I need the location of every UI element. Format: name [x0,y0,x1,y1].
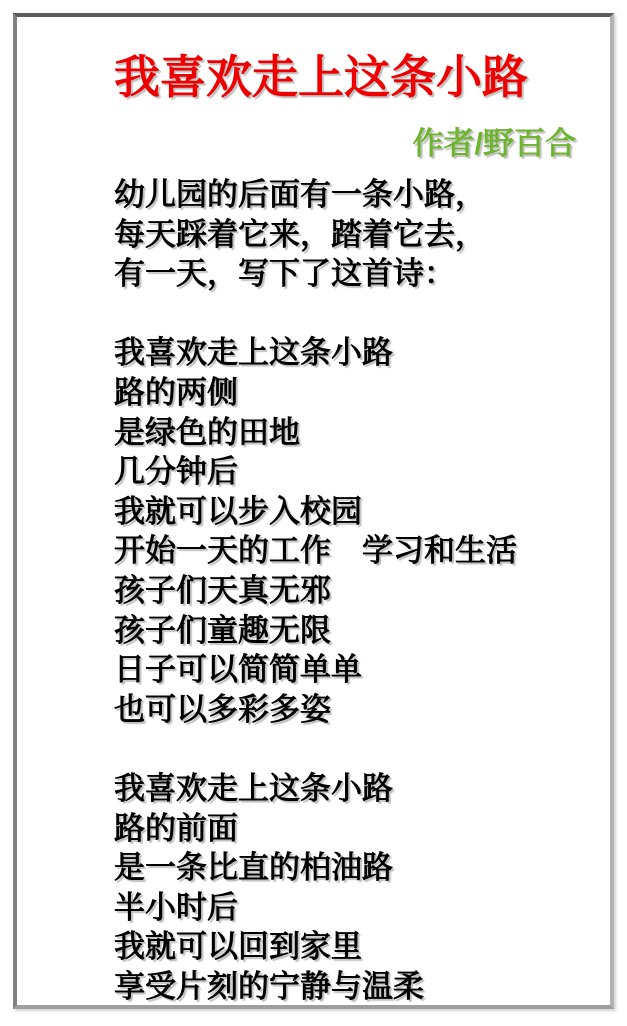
poem-line: 享受片刻的宁静与温柔 [114,967,580,1007]
poem-line: 孩子们天真无邪 [114,571,580,611]
stanza-2-block: 我喜欢走上这条小路 路的前面 是一条比直的柏油路 半小时后 我就可以回到家里 享… [114,769,580,1007]
stanza-1-block: 我喜欢走上这条小路 路的两侧 是绿色的田地 几分钟后 我就可以步入校园 开始一天… [114,333,580,729]
poem-author: 作者/野百合 [114,127,580,161]
poem-line: 开始一天的工作 学习和生活 [114,531,580,571]
poem-line: 是绿色的田地 [114,413,580,453]
poem-line: 路的前面 [114,809,580,849]
poem-line: 是一条比直的柏油路 [114,848,580,888]
poem-line: 路的两侧 [114,373,580,413]
poem-line: 幼儿园的后面有一条小路， [114,175,580,215]
poem-line: 几分钟后 [114,452,580,492]
poem-line: 我就可以回到家里 [114,927,580,967]
poem-title: 我喜欢走上这条小路 [114,53,580,101]
poem-line: 我就可以步入校园 [114,492,580,532]
poem-body: 幼儿园的后面有一条小路， 每天踩着它来，踏着它去， 有一天，写下了这首诗： 我喜… [114,175,580,1006]
poem-line: 日子可以简简单单 [114,650,580,690]
slide-content: 我喜欢走上这条小路 作者/野百合 幼儿园的后面有一条小路， 每天踩着它来，踏着它… [17,17,610,1005]
poem-line: 半小时后 [114,888,580,928]
poem-line: 也可以多彩多姿 [114,690,580,730]
poem-line: 每天踩着它来，踏着它去， [114,215,580,255]
poem-line: 我喜欢走上这条小路 [114,769,580,809]
poem-line: 孩子们童趣无限 [114,611,580,651]
slide-frame: 我喜欢走上这条小路 作者/野百合 幼儿园的后面有一条小路， 每天踩着它来，踏着它… [13,13,614,1009]
slide-page: { "colors": { "title": "#ee0000", "autho… [0,0,627,1026]
poem-line: 有一天，写下了这首诗： [114,254,580,294]
intro-block: 幼儿园的后面有一条小路， 每天踩着它来，踏着它去， 有一天，写下了这首诗： [114,175,580,294]
poem-line: 我喜欢走上这条小路 [114,333,580,373]
